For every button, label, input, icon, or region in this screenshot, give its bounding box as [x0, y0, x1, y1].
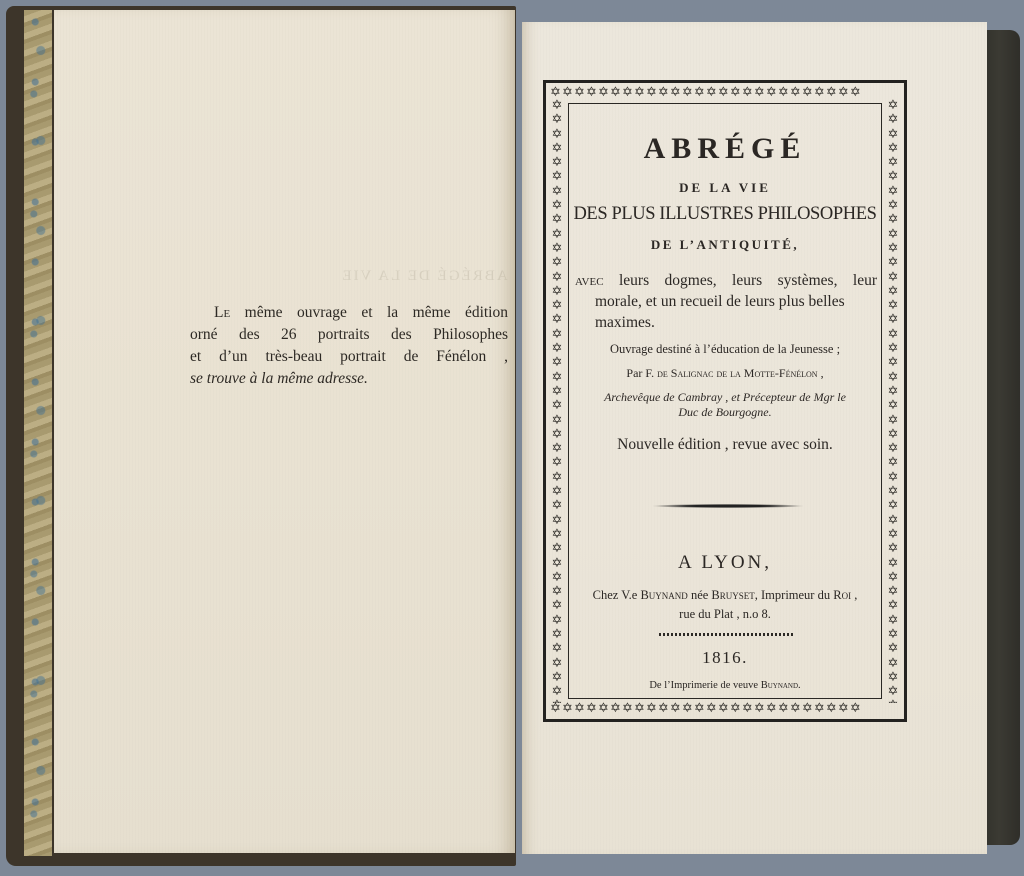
imprint-city: A LYON,	[569, 552, 881, 574]
subtitle-philosophes: DES PLUS ILLUSTRES PHILOSOPHES	[569, 204, 881, 225]
book-title: ABRÉGÉ	[569, 132, 881, 166]
ornamental-border-frame: ✡✡✡✡✡✡✡✡✡✡✡✡✡✡✡✡✡✡✡✡✡✡✡✡✡✡ ✡✡✡✡✡✡✡✡✡✡✡✡✡…	[543, 80, 907, 722]
imprint-year: 1816.	[569, 648, 881, 668]
notice-line-1: Le même ouvrage et la même édition	[190, 302, 508, 324]
author-line: Par F. de Salignac de la Motte-Fénélon ,	[569, 366, 881, 381]
edition-line: Nouvelle édition , revue avec soin.	[569, 436, 881, 454]
notice-line-3: et d’un très-beau portrait de Fénélon ,	[190, 346, 508, 368]
star-border-right: ✡✡✡✡✡✡✡✡✡✡✡✡✡✡✡✡✡✡✡✡✡✡✡✡✡✡✡✡✡✡✡✡✡✡✡✡✡✡✡✡…	[886, 99, 900, 703]
purpose-line: Ouvrage destiné à l’éducation de la Jeun…	[569, 342, 881, 357]
imprint-address: rue du Plat , n.o 8.	[569, 605, 881, 624]
author-titles: Archevêque de Cambray , et Précepteur de…	[569, 390, 881, 420]
book-scan: ABRÉGÉ DE LA VIE Le même ouvrage et la m…	[0, 0, 1024, 876]
star-border-left: ✡✡✡✡✡✡✡✡✡✡✡✡✡✡✡✡✡✡✡✡✡✡✡✡✡✡✡✡✡✡✡✡✡✡✡✡✡✡✡✡…	[550, 99, 564, 703]
bleed-through-text: ABRÉGÉ DE LA VIE	[294, 268, 554, 285]
book-description: avec leurs dogmes, leurs systèmes, leur …	[575, 270, 877, 333]
subtitle-antiquite: DE L’ANTIQUITÉ,	[569, 237, 881, 253]
marbled-endpaper	[24, 10, 52, 856]
left-page: ABRÉGÉ DE LA VIE	[54, 10, 515, 853]
wavy-rule	[659, 633, 793, 636]
notice-line-4: se trouve à la même adresse.	[190, 368, 508, 390]
subtitle-de-la-vie: DE LA VIE	[569, 180, 881, 196]
ornamental-rule	[653, 504, 803, 508]
edition-notice: Le même ouvrage et la même édition orné …	[190, 302, 508, 390]
imprint-publisher: Chez V.e Buynand née Bruyset, Imprimeur …	[569, 586, 881, 624]
title-page-content: ABRÉGÉ DE LA VIE DES PLUS ILLUSTRES PHIL…	[568, 103, 882, 699]
star-border-top: ✡✡✡✡✡✡✡✡✡✡✡✡✡✡✡✡✡✡✡✡✡✡✡✡✡✡	[550, 86, 900, 100]
notice-line-2: orné des 26 portraits des Philosophes	[190, 324, 508, 346]
printer-line: De l’Imprimerie de veuve Buynand.	[569, 680, 881, 691]
star-border-bottom: ✡✡✡✡✡✡✡✡✡✡✡✡✡✡✡✡✡✡✡✡✡✡✡✡✡✡	[550, 702, 900, 716]
